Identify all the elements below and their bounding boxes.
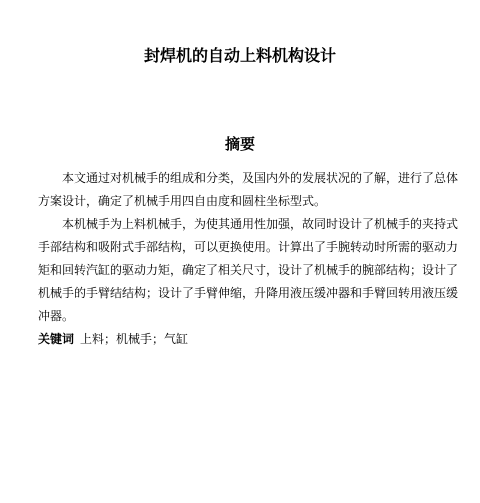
document-page: 封焊机的自动上料机构设计 摘要 本文通过对机械手的组成和分类，及国内外的发展状况… <box>0 0 480 503</box>
abstract-body: 本文通过对机械手的组成和分类，及国内外的发展状况的了解，进行了总体方案设计，确定… <box>38 167 458 328</box>
keywords-label: 关键词 <box>38 332 74 346</box>
abstract-paragraph-1: 本文通过对机械手的组成和分类，及国内外的发展状况的了解，进行了总体方案设计，确定… <box>38 167 458 213</box>
abstract-heading: 摘要 <box>0 136 480 153</box>
abstract-paragraph-2: 本机械手为上料机械手，为使其通用性加强，故同时设计了机械手的夹持式手部结构和吸附… <box>38 213 458 328</box>
document-title: 封焊机的自动上料机构设计 <box>0 0 480 67</box>
keywords-text: 上料；机械手；气缸 <box>80 332 188 346</box>
keywords-line: 关键词上料；机械手；气缸 <box>38 328 458 351</box>
